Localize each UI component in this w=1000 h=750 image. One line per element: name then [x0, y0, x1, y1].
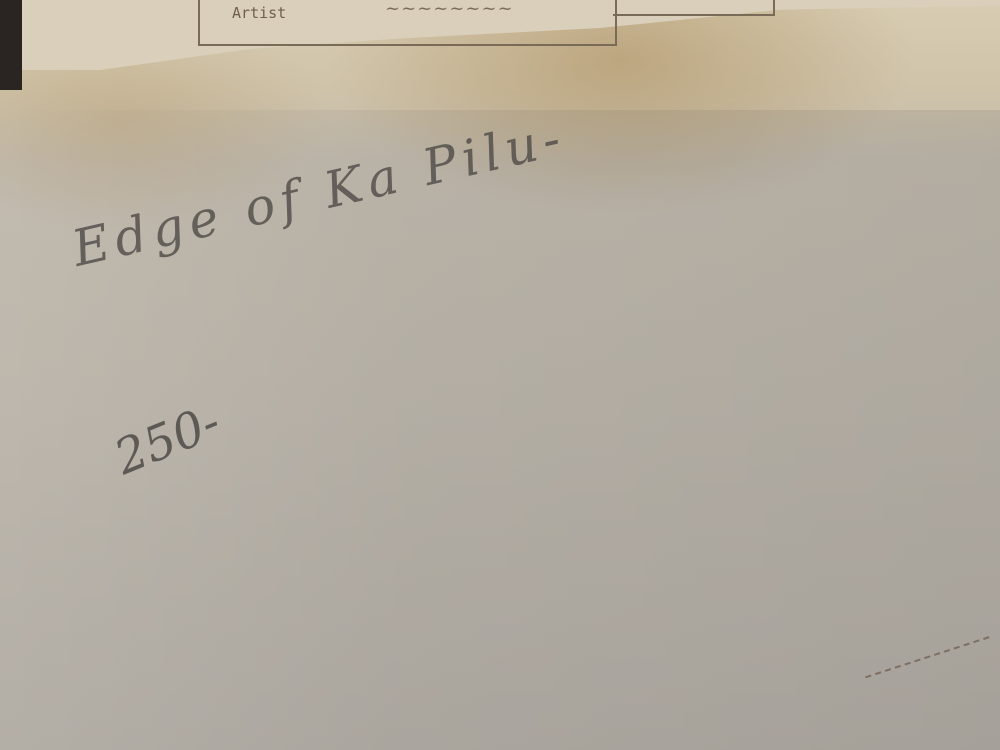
artist-signature: ~~~~~~~~	[385, 0, 514, 19]
dark-left-edge	[0, 0, 22, 90]
label-box-secondary	[613, 0, 775, 16]
artist-field-label: Artist	[232, 4, 286, 22]
